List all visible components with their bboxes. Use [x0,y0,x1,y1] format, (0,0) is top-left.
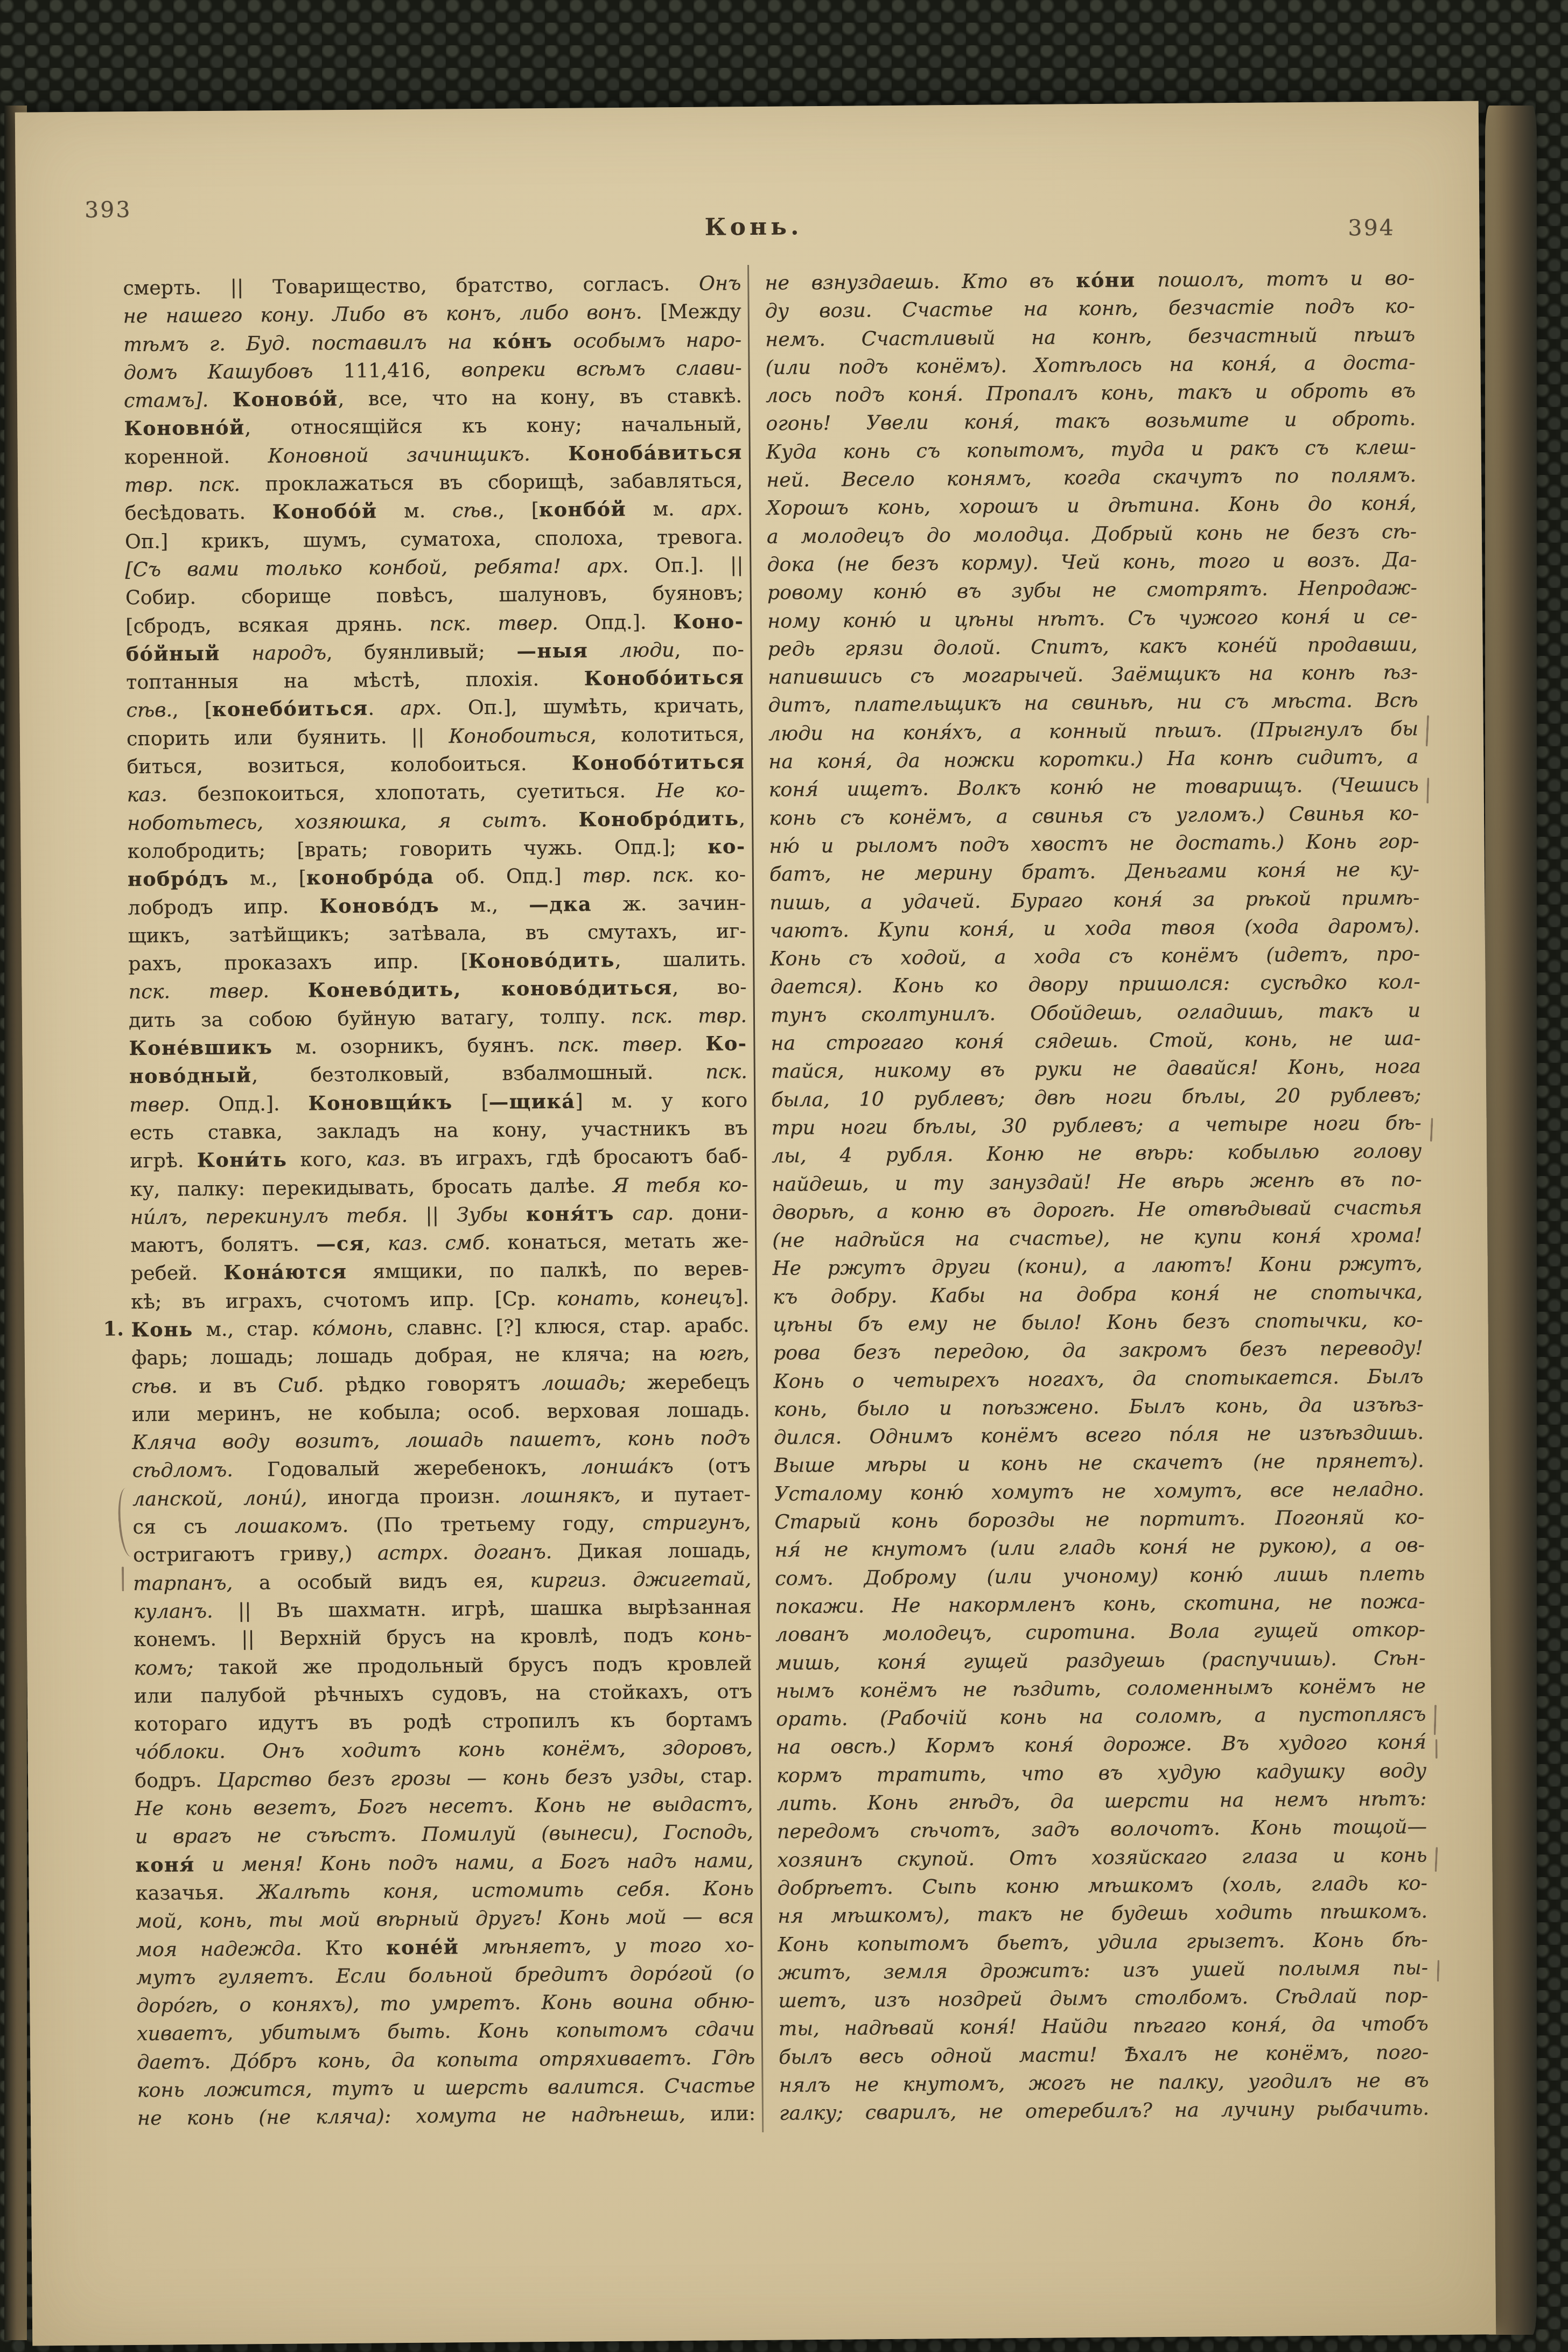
running-title: Конь. [667,213,839,242]
text-line: твер. Опд.]. Коновщи́къ [—щикá] м. у ког… [129,1086,747,1119]
text-line: Куда конь съ копытомъ, туда и ракъ съ кл… [766,433,1416,466]
text-line: батъ, не мерину братъ. Деньгами коня́ не… [769,856,1419,889]
text-line: былъ весь одной масти! Ѣхалъ не конёмъ, … [779,2038,1429,2071]
text-line: мой, конь, ты мой вѣрный другъ! Конь мой… [136,1902,754,1935]
text-line: колобродить; [врать; говорить чужь. Опд.… [127,832,745,865]
text-line: на овсѣ.) Кормъ коня́ дороже. Въ худого … [776,1728,1426,1762]
text-line: Конь о четырехъ ногахъ, да спотыкается. … [773,1362,1423,1396]
text-line: щикъ, затѣйщикъ; затѣвала, въ смутахъ, и… [128,917,746,950]
text-line: казачья. Жалѣть коня, истомить себя. Кон… [136,1874,754,1907]
text-line: Старый конь борозды не портитъ. Погоняй … [774,1503,1424,1536]
text-line: Не ржутъ други (кони), а лаютъ! Кони ржу… [772,1250,1422,1283]
text-line: на строгаго коня́ сядешь. Стой, конь, не… [771,1024,1420,1058]
text-line: Конь съ ходой, а хода съ конёмъ (идетъ, … [770,940,1420,973]
text-line: ребей. Конáются ямщики, по палкѣ, по вер… [130,1255,748,1287]
text-line: цѣны бъ ему не было! Конь безъ спотычки,… [773,1306,1423,1339]
text-line: лобродъ ипр. Коновóдъ м., —дка ж. зачин- [128,889,746,922]
margin-tick-mark [122,1566,124,1591]
text-line: дился. Однимъ конёмъ всего пóля не изъѣз… [774,1418,1424,1452]
text-line: ня мѣшкомъ), такъ не будешь ходить пѣшко… [778,1897,1427,1930]
text-line: домъ Кашубовъ 111,416, вопреки всѣмъ сла… [123,354,741,387]
text-line: маютъ, болятъ. —ся, каз. смб. конаться, … [130,1227,748,1259]
text-line: или меринъ, не кобыла; особ. верховая ло… [132,1396,750,1429]
margin-tick-mark [1436,1739,1438,1759]
text-line: а молодецъ до молодца. Добрый конь не бе… [767,517,1417,551]
text-line: конемъ. || Верхній брусъ на кровлѣ, подъ… [134,1621,752,1654]
text-line: ты, надѣвай коня́! Найди пѣгаго коня́, д… [779,2010,1429,2043]
text-line: дорóгѣ, о коняхъ), то умретъ. Конь воина… [136,1987,754,2020]
text-line: тарпанъ, а особый видъ ея, киргиз. джиге… [133,1565,751,1598]
text-line: игрѣ. Кони́ть кого, каз. въ играхъ, гдѣ … [130,1142,748,1175]
text-line: ня́ не кнутомъ (или гладь коня́ не рукою… [775,1531,1425,1565]
text-line: кормъ тратить, что въ худую кадушку воду [776,1756,1426,1790]
text-line: ся съ лошакомъ. (По третьему году, стриг… [132,1508,751,1541]
text-line: [Съ вами только конбой, ребята! арх. Оп.… [125,551,743,584]
margin-tick-mark [1426,715,1430,746]
scanner-background: 393 Конь. 394 смерть. || Товарищество, б… [0,0,1568,2352]
margin-tick-mark [1434,1847,1438,1872]
text-line: даетъ. Дóбръ конь, да копыта отряхиваетъ… [137,2043,755,2076]
page-number-right: 394 [1348,215,1395,241]
text-line: конь ложится, тутъ и шерсть валится. Сча… [137,2071,755,2104]
text-line: комъ; такой же продольный брусъ подъ кро… [134,1649,752,1682]
text-line: (или подъ конёмъ). Хотѣлось на коня́, а … [765,348,1415,382]
text-line: напившись съ могарычей. Заёмщикъ на конѣ… [768,658,1418,691]
text-line: бодръ. Царство безъ грозы — конь безъ уз… [135,1762,753,1795]
text-line: нымъ конёмъ не ѣздить, соломеннымъ конём… [776,1672,1426,1705]
text-line: добрѣетъ. Сыпь коню мѣшкомъ (холь, гладь… [777,1869,1427,1902]
margin-tick-mark [1437,1960,1439,1982]
text-line: ному коню́ и цѣны нѣтъ. Съ чужого коня́ … [767,602,1417,635]
text-line: коренной. Коновной зачинщикъ. Конобáвить… [124,438,743,471]
text-line: куланъ. || Въ шахматн. игрѣ, шашка вырѣз… [133,1593,751,1626]
text-line: орать. (Рабочій конь на соломѣ, а пустоп… [776,1700,1426,1733]
text-line: топтанныя на мѣстѣ, плохія. Конобóиться [126,663,744,696]
text-line: спорить или буянить. || Конобоиться, кол… [127,720,745,753]
text-line: три ноги бѣлы, 30 рублевъ; а четыре ноги… [771,1109,1421,1142]
text-line: фарь; лошадь; лошадь добрая, не кляча; н… [131,1339,750,1372]
text-line: сѣв., [конебóиться. арх. Оп.], шумѣть, к… [126,692,744,725]
text-line: конь, было и поѣзжено. Былъ конь, да изъ… [774,1390,1424,1424]
text-line: сомъ. Доброму (или учоному) коню́ лишь п… [775,1559,1425,1593]
text-line: моя надежда. Кто конéй мѣняетъ, у того х… [136,1931,754,1964]
text-line: сѣдломъ. Годовалый жеребенокъ, лоншáкъ (… [132,1452,750,1485]
text-line: Кляча воду возитъ, лошадь пашетъ, конь п… [132,1424,750,1457]
text-line: Усталому коню́ хомутъ не хомутъ, все нел… [774,1475,1424,1508]
dictionary-page: 393 Конь. 394 смерть. || Товарищество, б… [15,101,1496,2346]
text-line: лось подъ коня́. Пропалъ конь, такъ и об… [766,377,1416,410]
text-line: огонь! Увели коня́, такъ возьмите и обро… [766,405,1416,438]
text-line: лы, 4 рубля. Коню не вѣрь: кобылью голов… [772,1137,1422,1170]
margin-tick-mark [1434,1705,1437,1735]
text-line: котораго идутъ въ родѣ стропилъ къ борта… [134,1705,752,1738]
text-line: не нашего кону. Либо въ конъ, либо вонъ.… [123,297,741,330]
text-line: конь съ конёмъ, а свинья съ угломъ.) Сви… [769,799,1419,832]
text-line: немъ. Счастливый на конѣ, безчастный пѣш… [765,320,1415,354]
text-line: каз. безпокоиться, хлопотать, суетиться.… [127,776,745,809]
text-line: тайся, никому въ руки не давайся! Конь, … [771,1053,1421,1086]
text-line: не взнуздаешь. Кто въ кóни пошолъ, тотъ … [765,264,1415,297]
text-line: дитъ, плательщикъ на свиньѣ, ни съ мѣста… [768,687,1418,720]
text-line: или палубой рѣчныхъ судовъ, на стойкахъ,… [134,1677,752,1710]
text-line: найдешь, и ту зануздай! Не вѣрь женѣ въ … [772,1165,1422,1199]
text-line: Оп.] крикъ, шумъ, суматоха, сполоха, тре… [125,523,743,556]
text-line: ку, палку: перекидывать, бросать далѣе. … [130,1171,748,1203]
text-line: люди на коня́хъ, а конный пѣшъ. (Прыгнул… [768,715,1418,748]
text-line: къ добру. Кабы на добра коня́ не спотычк… [773,1278,1423,1311]
text-line: нобрóдъ м., [конобрóда об. Опд.] твр. пс… [128,860,746,893]
text-line: пишь, а удачей. Бураго коня́ за рѣкой пр… [769,884,1419,917]
text-line: (не надѣйся на счастье), не купи коня́ х… [772,1221,1422,1255]
text-line: лованъ молодецъ, сиротина. Вола гущей от… [775,1616,1425,1649]
text-line: покажи. Не накормленъ конь, скотина, не … [775,1587,1425,1621]
page-number-left: 393 [85,197,132,223]
text-line: Не конь везетъ, Богъ несетъ. Конь не выд… [135,1790,753,1823]
text-line: смерть. || Товарищество, братство, согла… [123,269,741,302]
text-line: остригаютъ гриву,) астрх. доганъ. Дикая … [133,1536,751,1569]
text-line: Коновнóй, относящійся къ кону; начальный… [124,410,742,443]
text-line: мишь, коня́ гущей раздуешь (распучишь). … [775,1644,1425,1677]
text-line: Конь м., стар. кóмонь, славнс. [?] клюся… [131,1311,749,1344]
text-line: хиваетъ, убитымъ быть. Конь копытомъ сда… [137,2015,755,2048]
text-line: Выше мѣры и конь не скачетъ (не прянетъ)… [774,1447,1424,1480]
text-line: галку; сварилъ, не отеребилъ? на лучину … [779,2095,1429,2128]
text-line: и врагъ не съѣстъ. Помилуй (вынеси), Гос… [135,1818,753,1851]
text-line: коня́ и меня! Конь подъ нами, а Богъ над… [135,1846,753,1879]
text-line: редь грязи долой. Спитъ, какъ конéй прод… [767,630,1417,663]
text-line: ланской, лони́), иногда произн. лошнякъ,… [132,1480,751,1513]
text-line: ни́лъ, перекинулъ тебя. || Зубы коня́тъ … [130,1199,748,1231]
text-line: ноботьтесь, хозяюшка, я сытъ. Конобрóдит… [127,804,745,837]
text-line: чóблоки. Онъ ходитъ конь конёмъ, здоровъ… [134,1734,752,1767]
text-line: дается). Конь ко двору пришолся: сусѣдко… [770,968,1420,1002]
text-line: ню́ и рыломъ подъ хвостъ не достать.) Ко… [769,827,1419,860]
text-line: есть ставка, закладъ на кону, участникъ … [129,1114,747,1147]
text-line: передомъ сѣчотъ, задъ волочотъ. Конь тощ… [777,1813,1427,1846]
text-line: ровому коню́ въ зубы не смотрятъ. Непрод… [767,574,1417,607]
text-line: житъ, земля дрожитъ: изъ ушей полымя пы- [778,1954,1428,1987]
right-column: не взнуздаешь. Кто въ кóни пошолъ, тотъ … [765,264,1429,2127]
text-line: тѣмъ г. Буд. поставилъ на кóнъ особымъ н… [123,326,741,359]
entry-number: 1. [103,1317,124,1340]
text-line: тунъ сколтунилъ. Обойдешь, огладишь, так… [771,996,1420,1030]
text-line: рова безъ передою, да закромъ безъ перев… [773,1334,1423,1368]
text-line: шетъ, изъ ноздрей дымъ столбомъ. Сѣдлай … [778,1982,1428,2015]
text-line: сѣв. и въ Сиб. рѣдко говорятъ лошадь; же… [131,1368,750,1401]
text-line: не конь (не кляча): хомута не надѣнешь, … [137,2099,755,2132]
margin-tick-mark [1430,1118,1433,1142]
text-line: на коня́, да ножки коротки.) На конѣ сид… [768,743,1418,776]
text-line: ду вози. Счастье на конѣ, безчастіе подъ… [765,292,1415,326]
text-line: чаютъ. Купи коня́, и хода твоя (хода дар… [770,912,1420,945]
left-column: смерть. || Товарищество, братство, согла… [123,269,755,2133]
text-line: биться, возиться, колобоиться. Конобóтит… [127,748,745,781]
text-line: бесѣдовать. Конобóй м. сѣв., [конбóй м. … [124,495,743,528]
text-line: Конь копытомъ бьетъ, удила грызетъ. Конь… [778,1926,1427,1959]
text-line: [сбродъ, всякая дрянь. пск. твер. Опд.].… [125,607,744,640]
text-line: дворьѣ, а коню въ дорогѣ. Не отвѣдывай с… [772,1193,1422,1227]
text-line: новóдный, безтолковый, взбалмошный. пск. [129,1058,747,1090]
text-line: коня́ ищетъ. Волкъ коню́ не товарищъ. (Ч… [768,771,1418,804]
text-line: бóйный народъ, буянливый; —ныя люди, по- [125,635,744,668]
text-line: кѣ; въ играхъ, счотомъ ипр. [Ср. конать,… [131,1283,749,1316]
text-line: Конéвшикъ м. озорникъ, буянъ. пск. твер.… [129,1030,747,1062]
text-line: мутъ гуляетъ. Если больной бредитъ дорóг… [136,1959,754,1992]
text-line: стамъ]. Коновóй, все, что на кону, въ ст… [124,382,742,415]
text-line: Собир. сборище повѣсъ, шалуновъ, буяновъ… [125,579,744,612]
text-line: твр. пск. проклажаться въ сборищѣ, забав… [124,466,743,499]
text-line: была, 10 рублевъ; двѣ ноги бѣлы, 20 рубл… [771,1081,1421,1114]
text-line: дить за собою буйную ватагу, толпу. пск.… [129,1002,747,1034]
text-line: Хорошъ конь, хорошъ и дѣтина. Конь до ко… [766,489,1416,523]
text-line: пск. твер. Коневóдить, коновóдиться, во- [128,974,746,1006]
text-line: ней. Весело конямъ, когда скачутъ по пол… [766,461,1416,494]
text-line: дока (не безъ корму). Чей конь, того и в… [767,545,1417,579]
text-line: лить. Конь гнѣдъ, да шерсти на немъ нѣтъ… [776,1784,1426,1818]
margin-tick-mark [1426,778,1429,803]
text-line: хозяинъ скупой. Отъ хозяйскаго глаза и к… [777,1841,1427,1874]
text-line: рахъ, проказахъ ипр. [Коновóдить, шалить… [128,945,746,978]
text-line: нялъ не кнутомъ, жогъ не палку, угодилъ … [779,2066,1429,2099]
